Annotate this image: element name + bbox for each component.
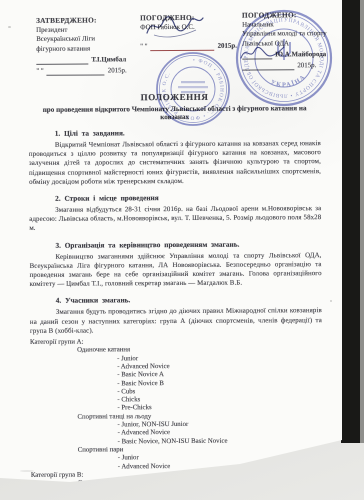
section-4-heading: 4. Учасники змагань. — [56, 295, 322, 306]
scanner-background-edge — [341, 0, 360, 443]
category-item: - Beginners — [115, 487, 323, 497]
agreed-fop-line: ФОП Рябінок О.С. — [140, 22, 256, 32]
approved-line: фігурного катання — [36, 44, 148, 54]
agreed-dept-date-row: 2015р. — [242, 60, 346, 70]
approved-signature-row: Т.І.Цимбал — [36, 55, 148, 65]
approved-signer: Т.І.Цимбал — [91, 55, 126, 64]
section-4-paragraph: Змагання будуть проводитись згідно до ді… — [30, 307, 322, 336]
date-blank-line — [47, 66, 105, 75]
section-3-paragraph: Керівництво змаганнями здійснює Управлін… — [29, 251, 321, 290]
section-3-heading: 3. Організація та керівництво проведення… — [55, 239, 321, 250]
date-quotes: " " — [140, 42, 147, 51]
document-page: ЗАТВЕРДЖЕНО: Президент Всеукраїнської Лі… — [0, 0, 342, 500]
agreed-dept-label: ПОГОДЖЕНО: — [242, 10, 346, 20]
signature-blank-line — [36, 55, 88, 64]
section-2-paragraph: Змагання відбудуться 28-31 січня 2016р. … — [29, 204, 321, 233]
approved-line: Президент — [36, 25, 148, 35]
document-content: ЗАТВЕРДЖЕНО: Президент Всеукраїнської Лі… — [0, 0, 345, 500]
section-1-paragraph: Відкритий Чемпіонат Львівської області з… — [29, 139, 321, 187]
document-subtitle: про проведення відкритого Чемпіонату Льв… — [29, 104, 321, 122]
agreed-fop-date-row: " " 2015р. — [140, 41, 256, 51]
agreed-fop-block: ПОГОДЖЕНО: ФОП Рябінок О.С. " " 2015р. — [140, 13, 256, 51]
approved-line: Всеукраїнської Ліги — [36, 34, 148, 44]
agreed-dept-signer: Ю.А.Майборода — [275, 50, 326, 59]
agreed-dept-block: ПОГОДЖЕНО: Начальник Управління молоді т… — [242, 10, 346, 70]
signature-blank-line — [242, 50, 272, 59]
group-b-label: Категорії група В: — [31, 470, 323, 480]
section-1-heading: 1. Цілі та завдання. — [55, 127, 321, 138]
agreed-dept-year: 2015р. — [297, 61, 316, 70]
date-quotes: " " — [36, 66, 43, 75]
approved-label: ЗАТВЕРДЖЕНО: — [36, 15, 148, 25]
section-2-heading: 2. Строки і місце проведення — [55, 192, 321, 203]
scan-speck — [8, 26, 11, 28]
agreed-dept-signature-row: Ю.А.Майборода — [242, 49, 346, 59]
scan-speck — [330, 300, 332, 302]
date-blank-line — [151, 41, 215, 50]
approved-block: ЗАТВЕРДЖЕНО: Президент Всеукраїнської Лі… — [36, 15, 148, 75]
scanner-edge-shadow — [360, 0, 364, 443]
group-b-singles-label: Одиночне катання — [78, 478, 323, 488]
categories-list: Категорії групи А: Одиночне катання - Ju… — [30, 337, 323, 500]
approved-date-row: " " 2015р. — [36, 66, 148, 76]
category-item: - Advanced Novice — [118, 462, 323, 472]
approved-year: 2015р. — [108, 66, 127, 75]
category-item: - Pre-bronze — [115, 495, 323, 500]
agreed-fop-year: 2015р. — [218, 41, 237, 50]
document-title: ПОЛОЖЕННЯ — [29, 91, 321, 103]
date-blank-line — [242, 61, 294, 70]
agreed-dept-line: Начальник — [242, 19, 346, 29]
signoff-header: ЗАТВЕРДЖЕНО: Президент Всеукраїнської Лі… — [28, 12, 320, 86]
agreed-dept-line: Львівської ОДА — [242, 38, 346, 48]
agreed-fop-label: ПОГОДЖЕНО: — [140, 13, 256, 23]
agreed-dept-line: Управління молоді та спорту — [242, 29, 346, 39]
scan-speck — [20, 470, 34, 472]
